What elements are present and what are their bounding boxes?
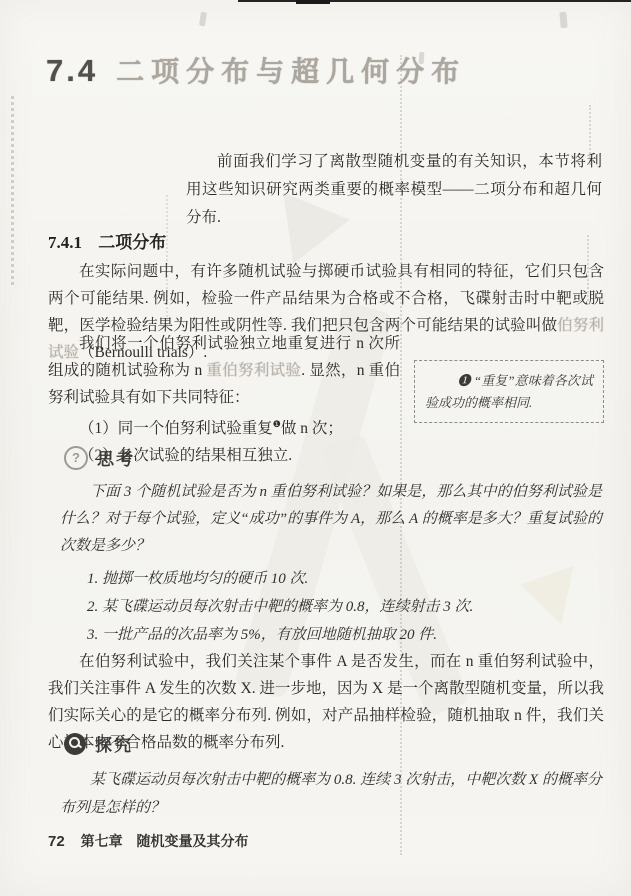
feature-text: 做 n 次； [281,420,343,437]
think-item-list: 1. 抛掷一枚质地均匀的硬币 10 次. 2. 某飞碟运动员每次射击中靶的概率为… [60,565,602,649]
section-number: 7.4 [46,53,98,88]
feature-item-1: （1）同一个伯努利试验重复❶做 n 次； [48,411,400,442]
margin-note-marker: ❶ [458,373,471,388]
explore-section-heading: 探究 [64,731,133,756]
term-n-bernoulli-trials: 重伯努利试验 [206,362,301,379]
intro-paragraph: 前面我们学习了离散型随机变量的有关知识，本节将利用这些知识研究两类重要的概率模型… [186,148,602,232]
page-number: 72 [48,833,65,850]
subsection-title: 二项分布 [98,233,166,252]
explore-label: 探究 [95,731,133,756]
section-title: 二项分布与超几何分布 [116,57,466,88]
subsection-number: 7.4.1 [48,233,82,252]
chapter-number: 第七章 [81,833,123,849]
subsection-heading: 7.4.1 二项分布 [48,228,166,253]
think-label: 思考 [97,445,135,470]
footnote-marker: ❶ [273,419,281,429]
page-content: 7.4 二项分布与超几何分布 前面我们学习了离散型随机变量的有关知识，本节将利用… [0,0,631,896]
question-mark-icon: ? [64,446,88,470]
think-item: 1. 抛掷一枚质地均匀的硬币 10 次. [60,565,602,593]
textbook-page: 7.4 二项分布与超几何分布 前面我们学习了离散型随机变量的有关知识，本节将利用… [0,0,631,896]
think-item: 3. 一批产品的次品率为 5%，有放回地随机抽取 20 件. [60,621,602,649]
paragraph-text: 在实际问题中，有许多随机试验与掷硬币试验具有相同的特征，它们只包含两个可能结果.… [48,263,604,334]
margin-note: ❶ “重复”意味着各次试验成功的概率相同. [414,360,604,423]
page-footer: 72 第七章 随机变量及其分布 [48,831,248,851]
chapter-title: 随机变量及其分布 [136,833,248,849]
section-title-block: 7.4 二项分布与超几何分布 [46,50,466,90]
paragraph-text: 我们将一个伯努利试验独立地重复进行 n 次所组成的随机试验称为 n 重伯努利试验… [48,330,400,411]
think-section-heading: ? 思考 [64,445,135,470]
margin-note-text: “重复”意味着各次试验成功的概率相同. [425,373,593,410]
think-intro: 下面 3 个随机试验是否为 n 重伯努利试验？如果是，那么其中的伯努利试验是什么… [60,479,602,560]
think-item: 2. 某飞碟运动员每次射击中靶的概率为 0.8，连续射击 3 次. [60,593,602,621]
feature-text: （1）同一个伯努利试验重复 [79,420,273,437]
magnifier-icon [64,733,86,755]
explore-question: 某飞碟运动员每次射击中靶的概率为 0.8. 连续 3 次射击，中靶次数 X 的概… [60,766,602,822]
